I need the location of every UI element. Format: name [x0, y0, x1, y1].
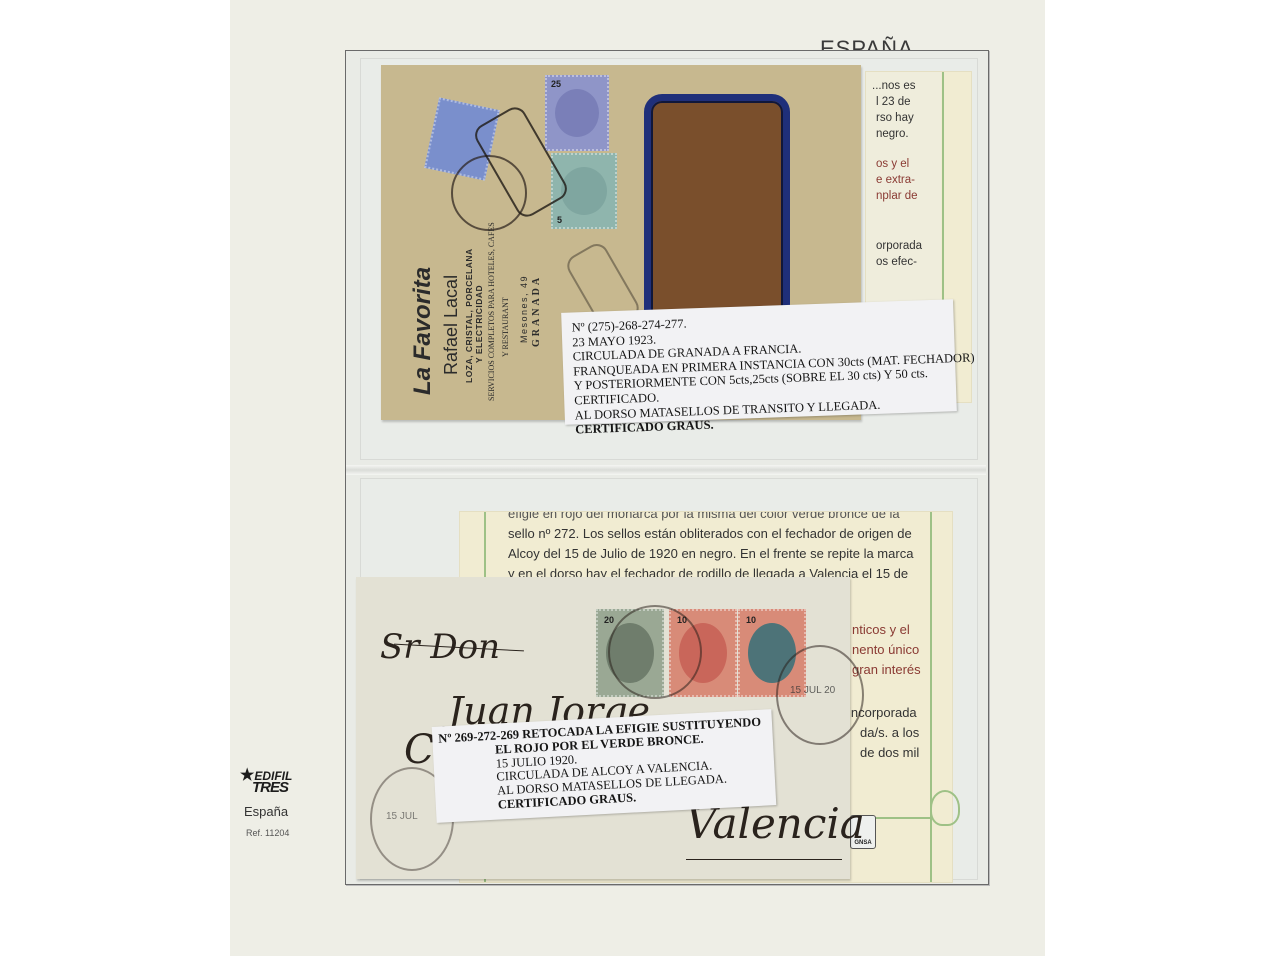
cert-fragment: e extra-: [876, 172, 915, 189]
stamp-value: 20: [604, 615, 614, 625]
postmark-alcoy: 15 JUL 20: [776, 645, 864, 745]
certificate-ornament-icon: [930, 790, 960, 826]
sender-owner: Rafael Lacal: [441, 275, 462, 375]
stamp-value: 25: [551, 79, 561, 89]
cert-fragment: l 23 de: [876, 94, 911, 111]
cert-fragment: os y el: [876, 156, 909, 173]
sender-line-3: SERVICIOS COMPLETOS PARA HOTELES, CAFES: [487, 222, 496, 401]
cert-fragment: ...nos es: [872, 78, 915, 95]
cert-line: Alcoy del 15 de Julio de 1920 en negro. …: [508, 544, 913, 564]
description-label-bottom: Nº 269-272-269 RETOCADA LA EFIGIE SUSTIT…: [432, 709, 777, 823]
cert-fragment: os efec-: [876, 254, 917, 271]
stamp-25c-violet: 25: [545, 75, 609, 151]
pocket-divider: [346, 465, 986, 475]
cert-line: sello nº 272. Los sellos están obliterad…: [508, 524, 913, 544]
sender-address: Mesones, 49: [519, 275, 529, 343]
postmark-alcoy: [608, 605, 702, 699]
description-label-top: Nº (275)-268-274-277. 23 MAYO 1923. CIRC…: [561, 299, 957, 425]
cert-fragment: rso hay: [876, 110, 914, 127]
sender-line-2: Y ELECTRICIDAD: [474, 285, 484, 363]
cert-fragment: nento único: [852, 641, 919, 658]
postmark-date: 15 JUL 20: [790, 685, 835, 696]
cert-fragment: orporada: [876, 238, 922, 255]
cert-fragment: negro.: [876, 126, 909, 143]
cert-fragment: nplar de: [876, 188, 918, 205]
sender-city: GRANADA: [531, 275, 542, 347]
edifil-logo: ★EDIFIL TRES: [240, 770, 310, 793]
stamp-portrait: [561, 167, 607, 215]
cert-text-block: efigie en rojo del monarca por la misma …: [508, 512, 913, 584]
brand-country: España: [244, 804, 288, 819]
brand-logo: ★EDIFIL TRES: [240, 770, 310, 793]
cert-fragment: de dos mil: [860, 744, 919, 761]
brand-reference: Ref. 11204: [246, 828, 289, 838]
city-underline: [686, 859, 842, 860]
postmark-date: 15 JUL: [386, 811, 418, 822]
stamp-value: 10: [746, 615, 756, 625]
stamp-portrait: [555, 89, 599, 137]
cert-green-border-right: [930, 512, 932, 882]
cert-fragment: gran interés: [852, 661, 921, 678]
stamp-value: 5: [557, 215, 562, 225]
sender-line-1: LOZA, CRISTAL, PORCELANA: [464, 248, 474, 383]
sender-line-4: Y RESTAURANT: [501, 297, 510, 357]
cert-fragment: nticos y el: [852, 621, 910, 638]
cert-line: efigie en rojo del monarca por la misma …: [508, 512, 913, 524]
cert-fragment: da/s. a los: [860, 724, 919, 741]
sender-name: La Favorita: [409, 267, 437, 395]
